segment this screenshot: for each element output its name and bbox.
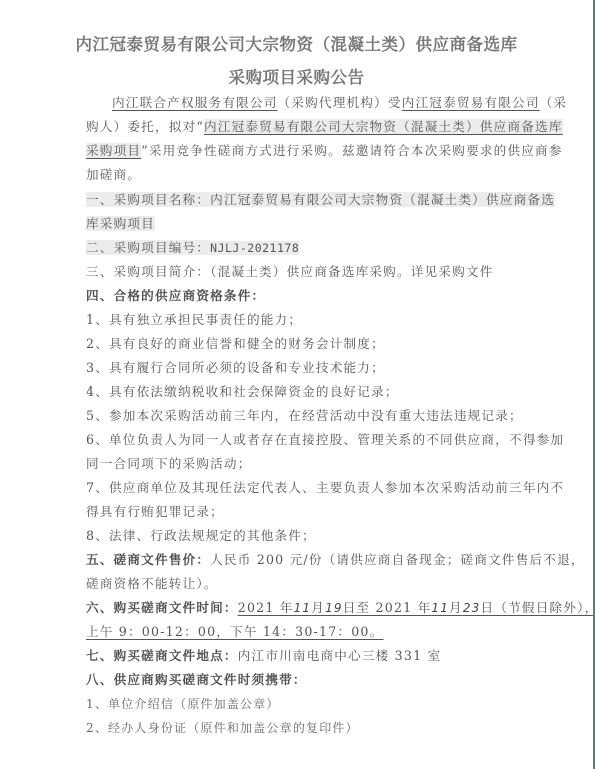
qualification-item: 6、单位负责人为同一人或者存在直接控股、管理关系的不同供应商，不得参加: [86, 431, 516, 449]
location-value: 内江市川南电商中心三楼 331 室: [238, 648, 442, 663]
section-6-label: 六、购买磋商文件时间：: [86, 600, 238, 615]
qualification-item: 得具有行贿犯罪记录；: [86, 503, 516, 521]
intro-line-4: 加磋商。: [86, 166, 516, 184]
section-2-label: 二、采购项目编号：: [86, 240, 210, 255]
required-document-item: 1、单位介绍信（原件加盖公章）: [86, 695, 516, 713]
qualification-item: 1、具有独立承担民事责任的能力；: [86, 311, 516, 329]
qualification-item: 同一合同项下的采购活动；: [86, 455, 516, 473]
qualification-item: 5、参加本次采购活动前三年内，在经营活动中没有重大违法违规记录；: [86, 407, 516, 425]
section-5-price: 五、磋商文件售价：人民币 200 元/份（请供应商自备现金；磋商文件售后不退，: [86, 551, 516, 569]
project-number: NJLJ-2021178: [210, 241, 299, 255]
section-1-continued: 库采购项目: [86, 215, 516, 233]
document-title-line1: 内江冠泰贸易有限公司大宗物资（混凝土类）供应商备选库: [0, 31, 593, 55]
intro-line-1: 内江联合产权服务有限公司（采购代理机构）受内江冠泰贸易有限公司（采: [112, 94, 542, 112]
section-1-label: 一、采购项目名称：: [86, 192, 210, 207]
section-1-project-name: 一、采购项目名称：内江冠泰贸易有限公司大宗物资（混凝土类）供应商备选: [86, 191, 516, 209]
section-8-heading: 八、供应商购买磋商文件时须携带：: [86, 671, 516, 689]
section-1-value: 内江冠泰贸易有限公司大宗物资（混凝土类）供应商备选: [210, 192, 555, 207]
project-name-ref: 内江冠泰贸易有限公司大宗物资（混凝土类）供应商备选库: [204, 119, 563, 134]
section-6-hours: 上午 9：00-12：00，下午 14：30-17：00。: [86, 623, 516, 641]
handwritten-day-start: 19: [325, 601, 343, 615]
purchaser-name: 内江冠泰贸易有限公司: [402, 95, 540, 110]
qualification-item: 8、法律、行政法规规定的其他条件；: [86, 527, 516, 545]
price-value: 人民币 200 元/份（请供应商自备现金；磋商文件售后不退，: [210, 552, 585, 567]
required-document-item: 2、经办人身份证（原件和加盖公章的复印件）: [86, 719, 516, 737]
section-6-purchase-time: 六、购买磋商文件时间：2021 年11月19日至 2021 年11月23日（节假…: [86, 599, 516, 617]
intro-line-3: 采购项目”采用竞争性磋商方式进行采购。兹邀请符合本次采购要求的供应商参: [86, 142, 516, 160]
qualification-item: 4、具有依法缴纳税收和社会保障资金的良好记录；: [86, 383, 516, 401]
handwritten-month-end: 11: [431, 601, 449, 615]
qualification-item: 3、具有履行合同所必须的设备和专业技术能力；: [86, 359, 516, 377]
section-2-project-number: 二、采购项目编号：NJLJ-2021178: [86, 239, 516, 257]
handwritten-month-start: 11: [294, 601, 312, 615]
section-7-location: 七、购买磋商文件地点：内江市川南电商中心三楼 331 室: [86, 647, 516, 665]
agency-name: 内江联合产权服务有限公司: [112, 95, 278, 110]
section-7-label: 七、购买磋商文件地点：: [86, 648, 238, 663]
section-3-project-intro: 三、采购项目简介：（混凝土类）供应商备选库采购。详见采购文件: [86, 263, 516, 281]
qualification-item: 7、供应商单位及其现任法定代表人、主要负责人参加本次采购活动前三年内不: [86, 479, 516, 497]
qualification-item: 2、具有良好的商业信誉和健全的财务会计制度；: [86, 335, 516, 353]
handwritten-day-end: 23: [463, 601, 481, 615]
section-5-continued: 磋商资格不能转让）。: [86, 575, 516, 593]
document-title-line2: 采购项目采购公告: [0, 64, 593, 88]
purchase-period: 2021 年11月19日至 2021 年11月23日（节假日除外），: [238, 600, 595, 615]
section-4-heading: 四、合格的供应商资格条件：: [86, 287, 516, 305]
section-5-label: 五、磋商文件售价：: [86, 552, 210, 567]
document-page: 内江冠泰贸易有限公司大宗物资（混凝土类）供应商备选库 采购项目采购公告 内江联合…: [0, 0, 593, 769]
intro-line-2: 购人）委托，拟对“内江冠泰贸易有限公司大宗物资（混凝土类）供应商备选库: [86, 118, 516, 136]
purchase-hours: 上午 9：00-12：00，下午 14：30-17：00。: [86, 624, 383, 639]
